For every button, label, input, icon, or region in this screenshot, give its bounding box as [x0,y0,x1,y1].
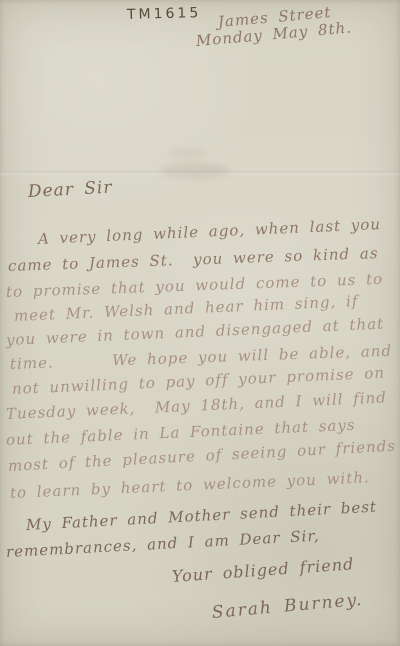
ink-smudge [160,163,230,178]
archive-mark: TM1615 [127,5,202,23]
postscript-line: My Father and Mother send their best [25,497,377,535]
ink-smudge [168,148,208,158]
fold-crease [0,171,400,176]
valediction: Your obliged friend [171,554,355,587]
letter-scan: TM1615 James Street Monday May 8th. Dear… [0,0,400,646]
salutation: Dear Sir [27,178,113,202]
signature: Sarah Burney. [211,590,364,623]
